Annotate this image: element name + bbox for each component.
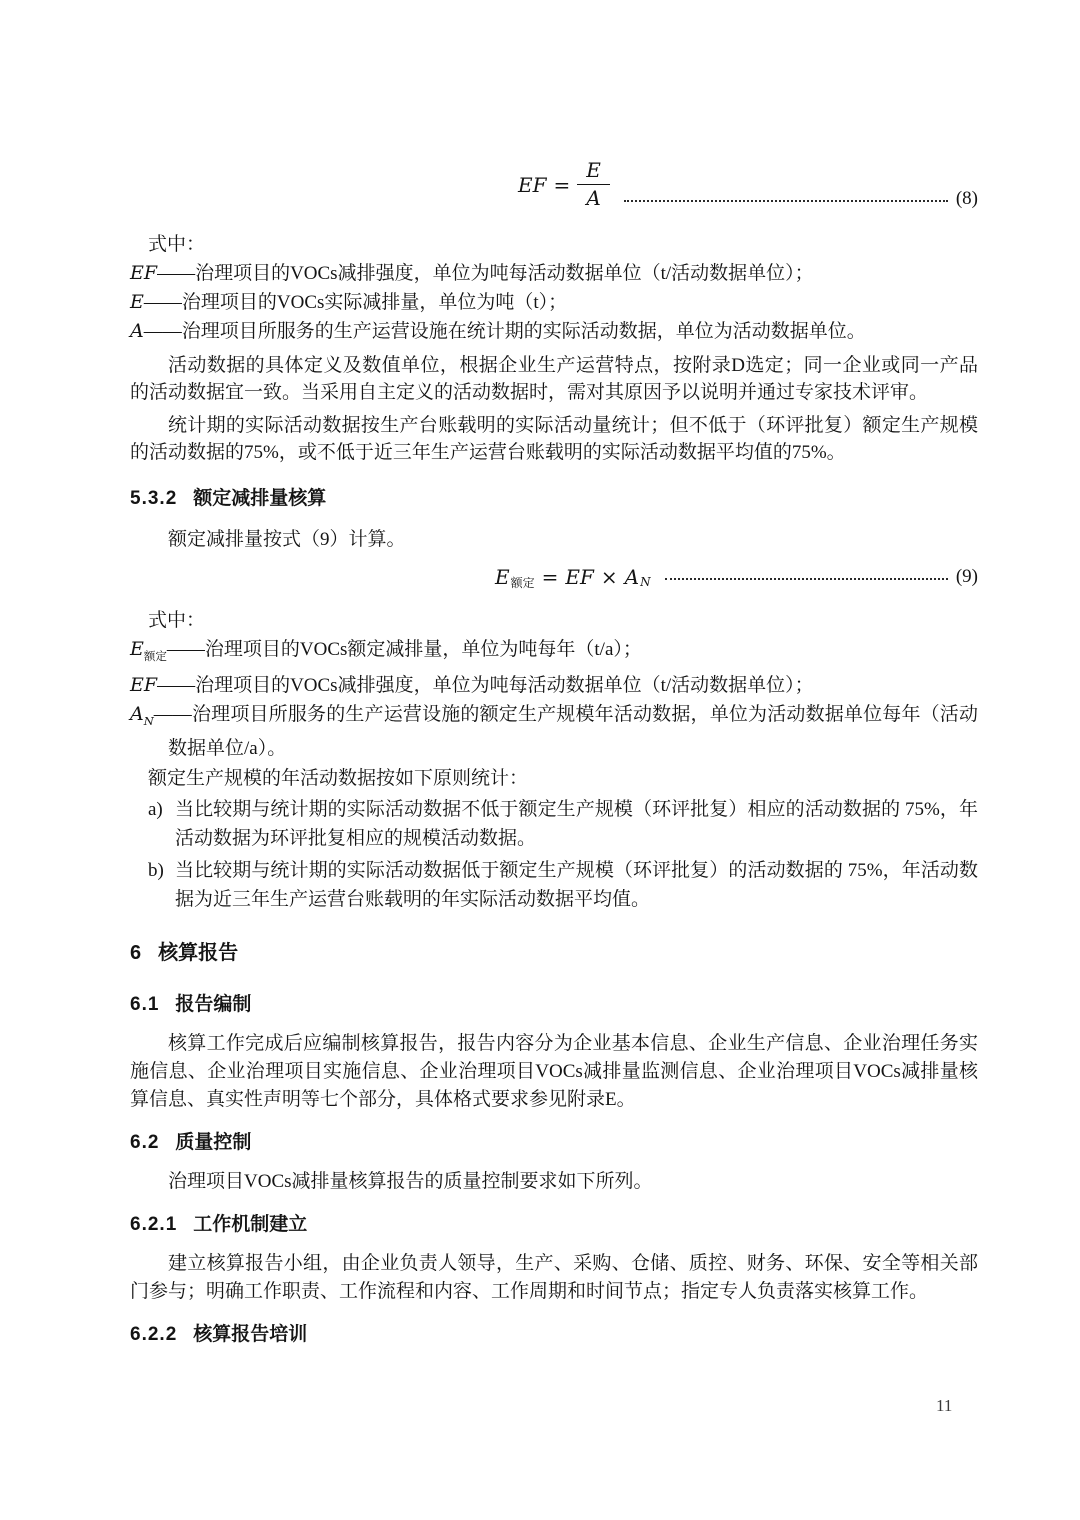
definition-E-rated: E额定——治理项目的VOCs额定减排量，单位为吨每年（t/a）；: [130, 635, 978, 671]
list-text-a: 当比较期与统计期的实际活动数据不低于额定生产规模（环评批复）相应的活动数据的 7…: [175, 795, 978, 853]
formula-9-lhs-sub: 额定: [511, 574, 535, 591]
formula-9-row: E额定 = EF × AN (9): [130, 565, 978, 589]
heading-title: 额定减排量核算: [193, 488, 326, 509]
heading-number: 6.1: [130, 994, 159, 1015]
heading-title: 质量控制: [175, 1132, 251, 1153]
where-label-8: 式中：: [148, 231, 978, 259]
symbol-EF: EF: [130, 262, 157, 284]
heading-5-3-2: 5.3.2额定减排量核算: [130, 486, 978, 512]
formula-9-lhs-base: E: [495, 565, 510, 589]
dotted-leader: [665, 578, 948, 580]
where-label-9: 式中：: [148, 607, 978, 635]
symbol-A: A: [130, 703, 144, 725]
list-marker-b: b): [148, 856, 175, 914]
equals-sign: =: [535, 565, 566, 589]
heading-title: 核算报告培训: [193, 1324, 307, 1345]
definition-text: ——治理项目的VOCs额定减排量，单位为吨每年（t/a）；: [167, 639, 642, 660]
document-page: EF = E A (8) 式中： EF——治理项目的VOCs减排强度，单位为吨每…: [0, 0, 1080, 1520]
definition-EF: EF——治理项目的VOCs减排强度，单位为吨每活动数据单位（t/活动数据单位）；: [130, 259, 978, 288]
fraction-denominator: A: [577, 185, 609, 211]
dotted-leader: [624, 200, 948, 202]
heading-title: 核算报告: [158, 942, 238, 964]
heading-number: 6.2.1: [130, 1214, 177, 1235]
definition-A: A——治理项目所服务的生产运营设施在统计期的实际活动数据，单位为活动数据单位。: [130, 317, 978, 346]
definition-text: ——治理项目的VOCs减排强度，单位为吨每活动数据单位（t/活动数据单位）；: [157, 675, 814, 696]
definition-AN: AN——治理项目所服务的生产运营设施的额定生产规模年活动数据，单位为活动数据单位…: [130, 700, 978, 763]
equals-sign: =: [546, 173, 577, 197]
equation-number-9: (9): [956, 567, 978, 588]
list-item-a: a) 当比较期与统计期的实际活动数据不低于额定生产规模（环评批复）相应的活动数据…: [148, 795, 978, 853]
symbol-E-rated: E: [130, 638, 144, 660]
heading-6: 6核算报告: [130, 940, 978, 966]
symbol-E: E: [130, 291, 144, 313]
definition-text: ——治理项目所服务的生产运营设施的额定生产规模年活动数据，单位为活动数据单位每年…: [154, 704, 978, 759]
para-statistical-period: 统计期的实际活动数据按生产台账载明的实际活动量统计；但不低于（环评批复）额定生产…: [130, 412, 978, 466]
heading-title: 报告编制: [175, 994, 251, 1015]
symbol-A: A: [130, 320, 144, 342]
para-eq9-intro: 额定减排量按式（9）计算。: [130, 526, 978, 553]
definition-text: ——治理项目所服务的生产运营设施在统计期的实际活动数据，单位为活动数据单位。: [144, 321, 866, 342]
para-6-2-1: 建立核算报告小组，由企业负责人领导，生产、采购、仓储、质控、财务、环保、安全等相…: [130, 1250, 978, 1306]
formula-9-rhs-EF: EF: [565, 565, 593, 589]
formula-9-rhs-A-sub: N: [640, 575, 651, 589]
heading-number: 6.2.2: [130, 1324, 177, 1345]
fraction-numerator: E: [577, 158, 610, 185]
symbol-subscript: 额定: [144, 651, 167, 663]
formula-8: EF = E A: [518, 158, 610, 211]
definition-E: E——治理项目的VOCs实际减排量，单位为吨（t）；: [130, 288, 978, 317]
heading-title: 工作机制建立: [193, 1214, 307, 1235]
times-sign: ×: [594, 565, 625, 589]
formula-9: E额定 = EF × AN: [495, 565, 651, 589]
para-6-2: 治理项目VOCs减排量核算报告的质量控制要求如下所列。: [130, 1168, 978, 1196]
formula-8-row: EF = E A (8): [130, 158, 978, 211]
list-text-b: 当比较期与统计期的实际活动数据低于额定生产规模（环评批复）的活动数据的 75%，…: [175, 856, 978, 914]
definition-EF: EF——治理项目的VOCs减排强度，单位为吨每活动数据单位（t/活动数据单位）；: [130, 671, 978, 700]
list-item-b: b) 当比较期与统计期的实际活动数据低于额定生产规模（环评批复）的活动数据的 7…: [148, 856, 978, 914]
heading-6-2: 6.2质量控制: [130, 1130, 978, 1156]
definition-text: ——治理项目的VOCs实际减排量，单位为吨（t）；: [144, 292, 567, 313]
para-6-1: 核算工作完成后应编制核算报告，报告内容分为企业基本信息、企业生产信息、企业治理任…: [130, 1030, 978, 1114]
heading-number: 6.2: [130, 1132, 159, 1153]
equation-number-8: (8): [956, 189, 978, 210]
heading-number: 5.3.2: [130, 488, 177, 509]
fraction: E A: [577, 158, 610, 211]
formula-9-rhs-A: A: [625, 565, 639, 589]
para-activity-data-definition: 活动数据的具体定义及数值单位，根据企业生产运营特点，按附录D选定；同一企业或同一…: [130, 352, 978, 406]
heading-6-2-2: 6.2.2核算报告培训: [130, 1322, 978, 1348]
definition-text: ——治理项目的VOCs减排强度，单位为吨每活动数据单位（t/活动数据单位）；: [157, 263, 814, 284]
formula-8-lhs: EF: [518, 173, 546, 197]
para-rated-scale-rule: 额定生产规模的年活动数据按如下原则统计：: [148, 765, 978, 793]
heading-number: 6: [130, 942, 142, 964]
heading-6-1: 6.1报告编制: [130, 992, 978, 1018]
symbol-EF: EF: [130, 674, 157, 696]
symbol-subscript: N: [144, 714, 154, 728]
list-marker-a: a): [148, 795, 175, 853]
page-number: 11: [936, 1396, 952, 1416]
heading-6-2-1: 6.2.1工作机制建立: [130, 1212, 978, 1238]
